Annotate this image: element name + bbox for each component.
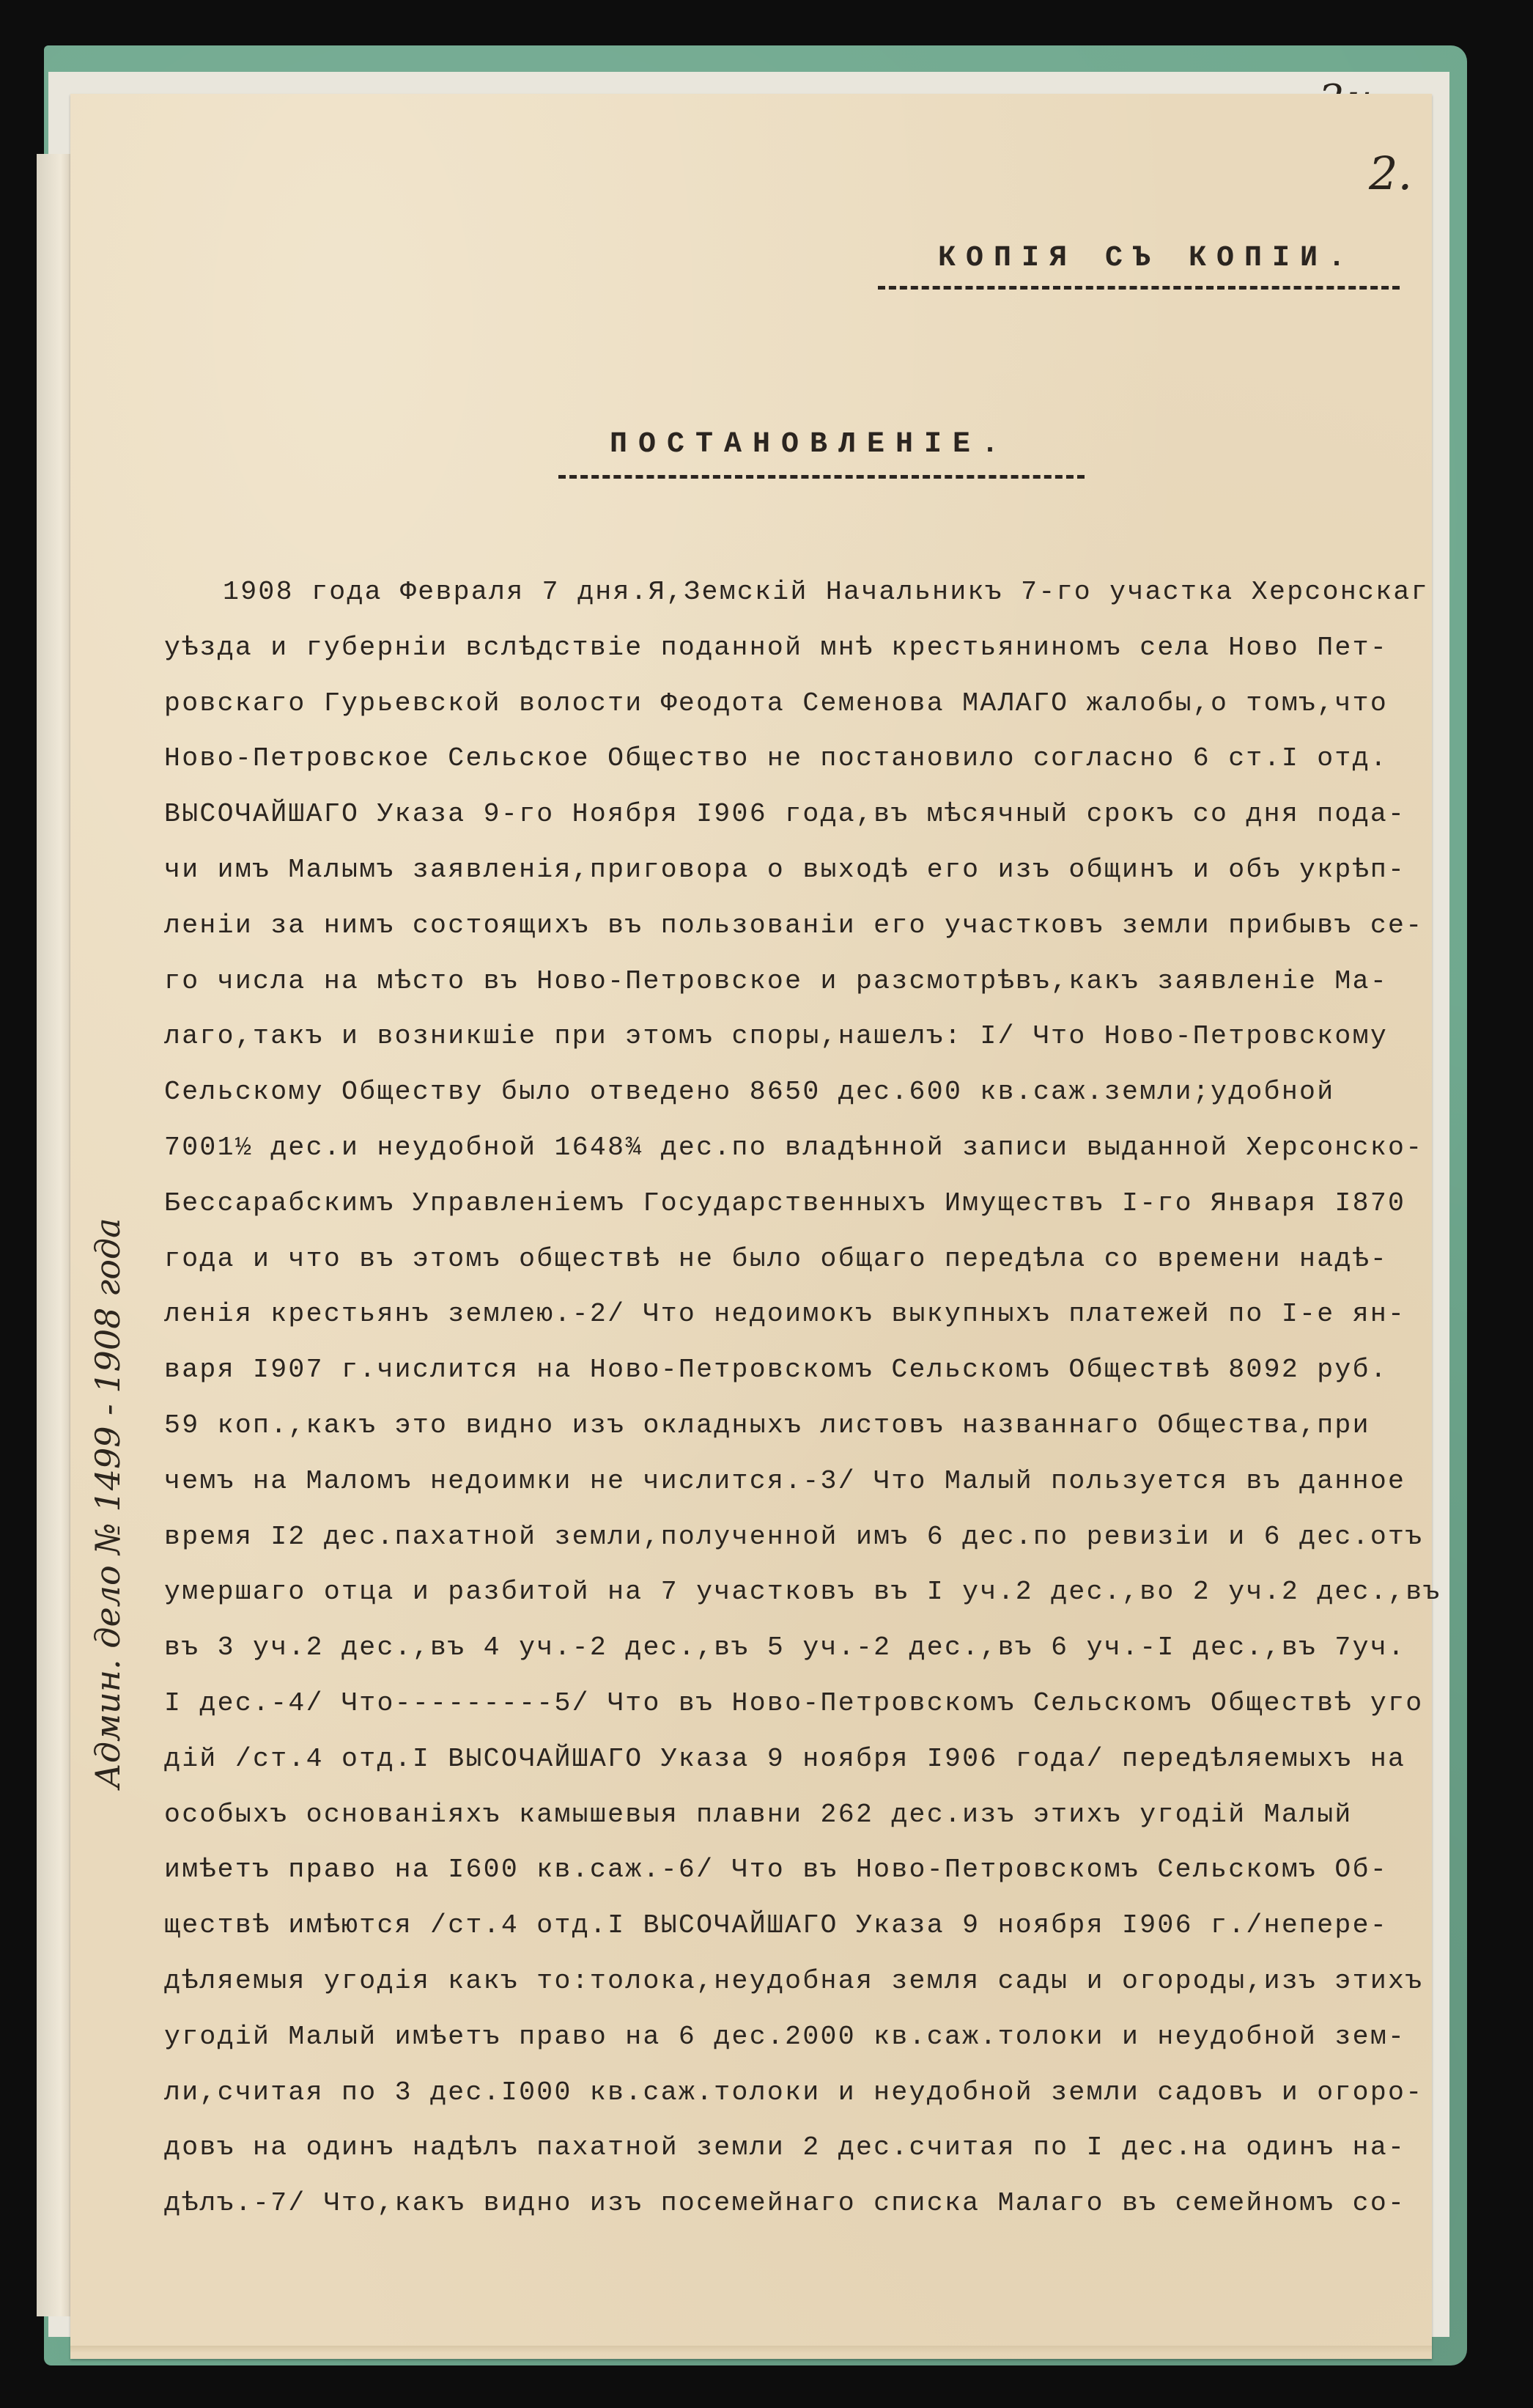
body-line: дѣляемыя угодія какъ то:толока,неудобная… — [164, 1954, 1454, 2009]
page-bottom-edge — [70, 2346, 1432, 2353]
body-line: 59 коп.,какъ это видно изъ окладныхъ лис… — [164, 1398, 1454, 1454]
body-line: въ 3 уч.2 дес.,въ 4 уч.-2 дес.,въ 5 уч.-… — [164, 1620, 1454, 1676]
body-line: довъ на одинъ надѣлъ пахатной земли 2 де… — [164, 2120, 1454, 2176]
body-line: ли,считая по 3 дес.I000 кв.саж.толоки и … — [164, 2065, 1454, 2121]
body-line: умершаго отца и разбитой на 7 участковъ … — [164, 1564, 1454, 1620]
resolution-body: 1908 года Февраля 7 дня.Я,Земскій Началь… — [164, 564, 1454, 2231]
body-line: го числа на мѣсто въ Ново-Петровское и р… — [164, 954, 1454, 1009]
body-line: дѣлъ.-7/ Что,какъ видно изъ посемейнаго … — [164, 2176, 1454, 2231]
body-line: ществѣ имѣются /ст.4 отд.I ВЫСОЧАЙШАГО У… — [164, 1898, 1454, 1954]
body-line: дій /ст.4 отд.I ВЫСОЧАЙШАГО Указа 9 нояб… — [164, 1731, 1454, 1787]
body-line: имѣетъ право на I600 кв.саж.-6/ Что въ Н… — [164, 1842, 1454, 1898]
body-line: особыхъ основаніяхъ камышевыя плавни 262… — [164, 1787, 1454, 1843]
body-line: Сельскому Обществу было отведено 8650 де… — [164, 1064, 1454, 1120]
body-line: Бессарабскимъ Управленіемъ Государственн… — [164, 1176, 1454, 1231]
body-line: 7001½ дес.и неудобной 1648¾ дес.по владѣ… — [164, 1120, 1454, 1176]
copy-heading: КОПІЯ СЪ КОПІИ. — [938, 242, 1356, 275]
body-line: I дес.-4/ Что---------5/ Что въ Ново-Пет… — [164, 1676, 1454, 1731]
resolution-title-underline — [558, 475, 1085, 479]
handwritten-margin-note: Админ. дело № 1499 - 1908 года — [88, 1218, 128, 1789]
body-line: время I2 дес.пахатной земли,полученной и… — [164, 1509, 1454, 1565]
body-line: 1908 года Февраля 7 дня.Я,Земскій Началь… — [164, 564, 1454, 620]
body-line: ровскаго Гурьевской волости Феодота Семе… — [164, 676, 1454, 732]
folio-number: 2. — [1369, 147, 1412, 200]
body-line: варя I907 г.числится на Ново-Петровскомъ… — [164, 1342, 1454, 1398]
copy-heading-underline — [878, 286, 1400, 290]
body-line: уѣзда и губерніи вслѣдствіе поданной мнѣ… — [164, 620, 1454, 676]
body-line: ленія крестьянъ землею.-2/ Что недоимокъ… — [164, 1286, 1454, 1342]
body-line: Ново-Петровское Сельское Общество не пос… — [164, 731, 1454, 787]
body-line: лаго,такъ и возникшіе при этомъ споры,на… — [164, 1009, 1454, 1064]
body-line: леніи за нимъ состоящихъ въ пользованіи … — [164, 898, 1454, 954]
body-line: угодій Малый имѣетъ право на 6 дес.2000 … — [164, 2009, 1454, 2065]
body-line: года и что въ этомъ обществѣ не было общ… — [164, 1231, 1454, 1287]
body-line: чи имъ Малымъ заявленія,приговора о выхо… — [164, 842, 1454, 898]
body-line: ВЫСОЧАЙШАГО Указа 9-го Ноября I906 года,… — [164, 787, 1454, 842]
resolution-title: ПОСТАНОВЛЕНІЕ. — [610, 428, 1010, 461]
body-line: чемъ на Маломъ недоимки не числится.-3/ … — [164, 1454, 1454, 1509]
